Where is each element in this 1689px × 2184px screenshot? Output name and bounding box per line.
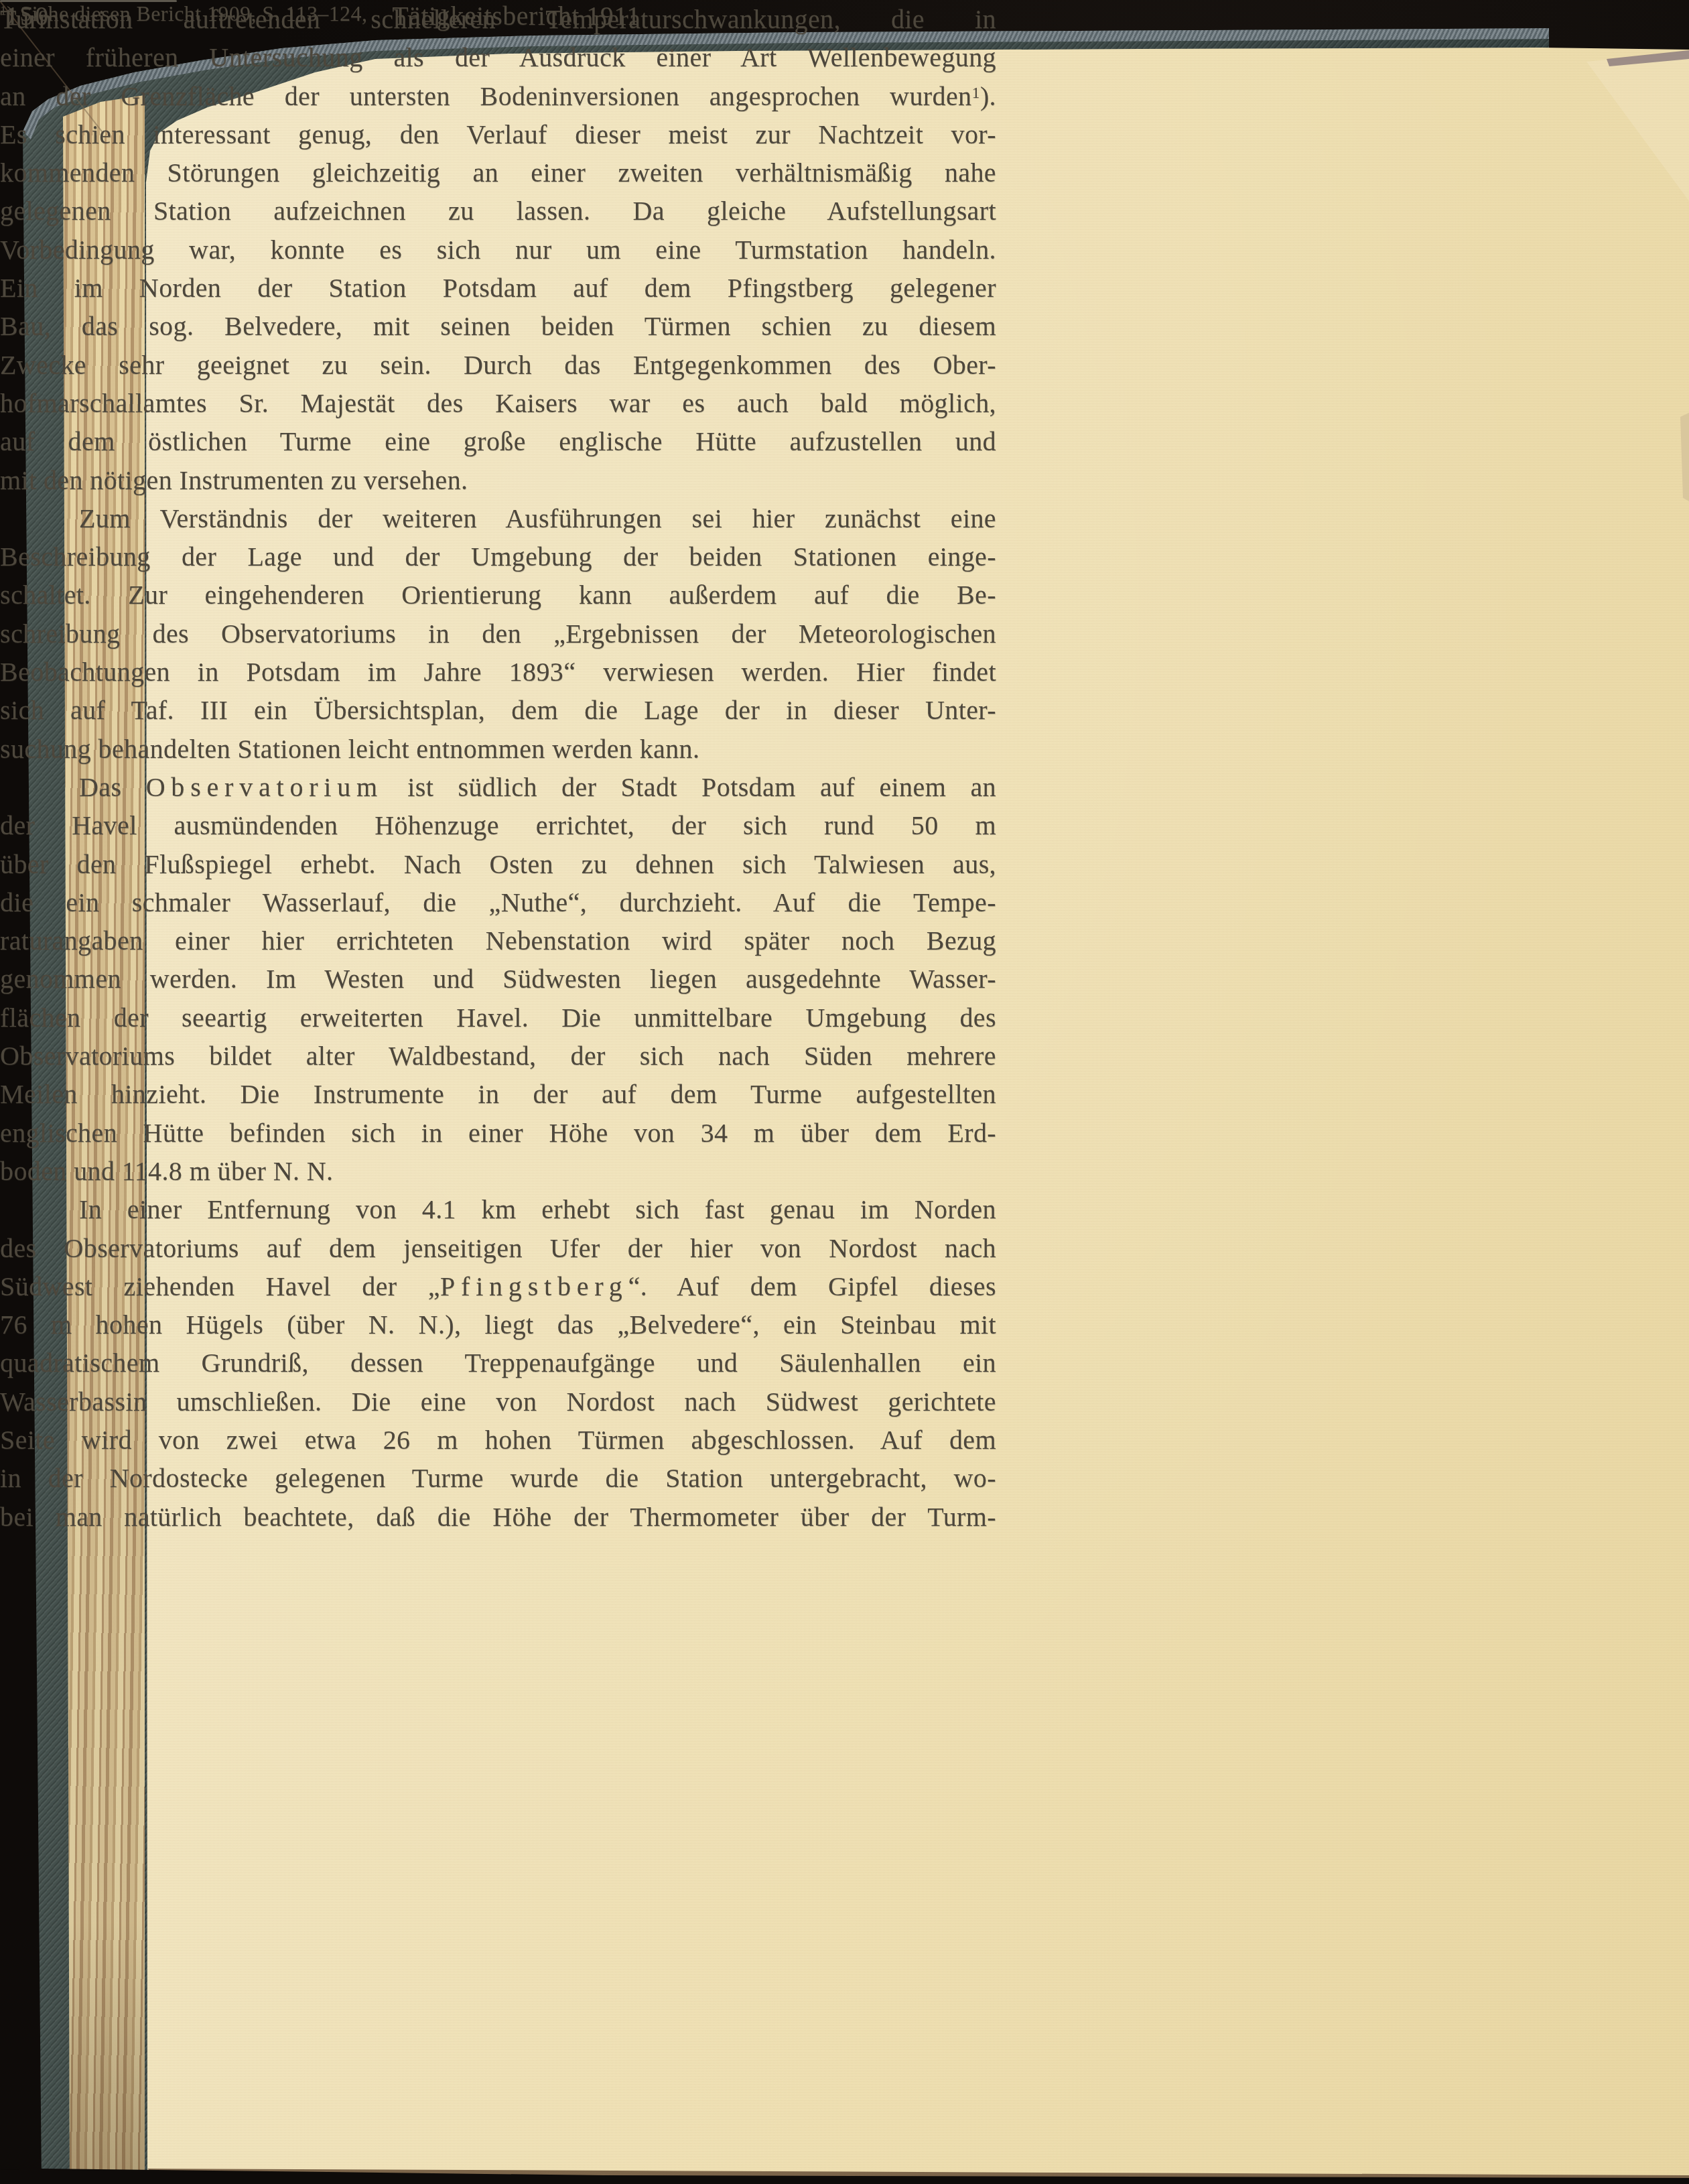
footnote-reference: 1 [0, 4, 7, 18]
footnote-text: 1) Siehe diesen Bericht 1909, S. 113–124… [0, 0, 804, 2184]
footnote-reference: 1 [971, 84, 979, 102]
photo-stage: 150 Tätigkeitsbericht 1911 Turmstation a… [0, 0, 1689, 2184]
